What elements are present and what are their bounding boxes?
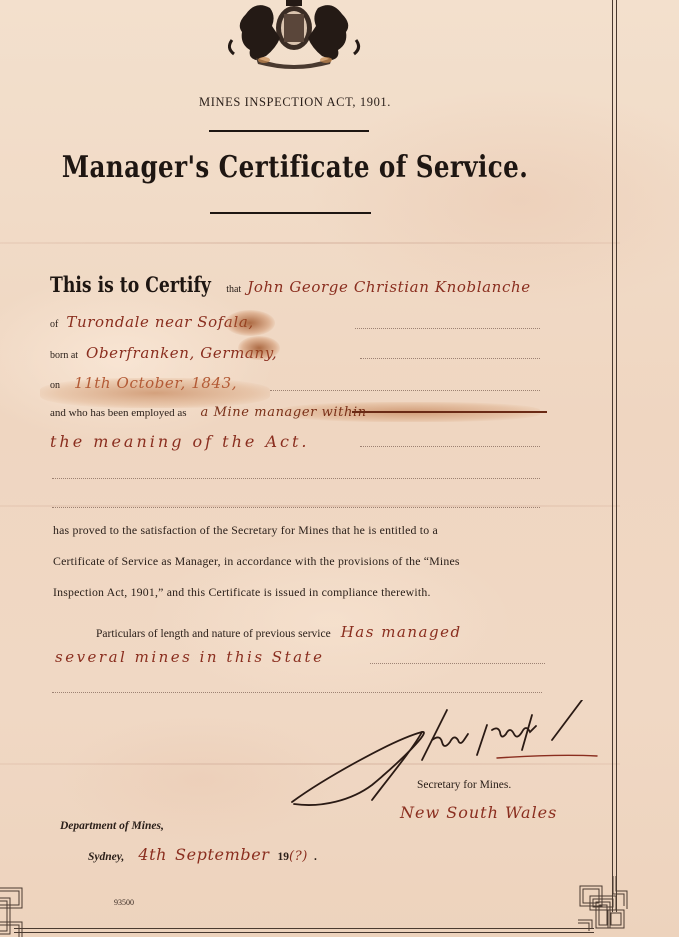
ink-stain [225,310,275,336]
particulars-value: Has managed [341,623,462,641]
certify-lead: This is to Certify [50,272,211,297]
certify-line: This is to Certify that John George Chri… [50,272,531,297]
dotted-line [270,390,540,391]
issue-date-line: Sydney, 4th September 19 (?) . [88,845,317,864]
title-rule-bottom [210,212,371,214]
particulars-line-2: several mines in this State [55,648,324,666]
employment-value-continued: the meaning of the Act. [50,432,309,451]
ink-stain [238,336,280,360]
issue-month: September [175,845,270,864]
dotted-line [52,692,542,693]
strikethrough [352,411,547,413]
issue-date-end: . [314,851,317,863]
employment-value: a Mine manager within [201,405,367,420]
born-label: born at [50,350,78,361]
border-right [612,0,617,912]
corner-knot-ornament-icon [578,876,628,932]
coat-of-arms-icon [226,0,362,70]
of-label: of [50,319,58,330]
birthdate-value: 11th October, 1843, [74,374,237,392]
act-heading: MINES INSPECTION ACT, 1901. [0,95,590,110]
corner-knot-ornament-icon [0,886,26,937]
fold-crease [0,242,620,244]
particulars-line: Particulars of length and nature of prev… [96,623,462,641]
employed-line: and who has been employed as a Mine mana… [50,405,367,420]
particulars-label: Particulars of length and nature of prev… [96,628,331,640]
issue-day: 4th [138,845,167,864]
certificate-title: Manager's Certificate of Service. [53,150,537,185]
dotted-line [360,446,540,447]
serial-number: 93500 [114,898,134,907]
holder-name: John George Christian Knoblanche [247,278,530,296]
state-name: New South Wales [400,803,557,822]
body-line: Certificate of Service as Manager, in ac… [53,546,553,577]
issue-year-prefix: 19 [278,851,290,863]
dotted-line [52,507,540,508]
body-line: has proved to the satisfaction of the Se… [53,515,553,546]
title-rule-top [209,130,369,132]
on-label: on [50,380,60,391]
border-bottom [14,928,594,933]
particulars-value-continued: several mines in this State [55,648,324,666]
dotted-line [52,478,540,479]
employed-label: and who has been employed as [50,407,187,419]
that-label: that [226,284,241,295]
certificate-body: has proved to the satisfaction of the Se… [53,515,553,608]
department-label: Department of Mines, [60,820,164,832]
body-line: Inspection Act, 1901,” and this Certific… [53,577,553,608]
dotted-line [360,358,540,359]
employed-line-2: the meaning of the Act. [50,432,309,451]
dotted-line [370,663,545,664]
birthdate-line: on 11th October, 1843, [50,374,237,392]
secretary-signature [282,700,612,810]
dotted-line [355,328,540,329]
of-line: of Turondale near Sofala, [50,313,254,331]
issue-city: Sydney, [88,851,124,863]
issue-year-suffix: (?) [289,849,308,864]
secretary-title: Secretary for Mines. [417,779,511,791]
